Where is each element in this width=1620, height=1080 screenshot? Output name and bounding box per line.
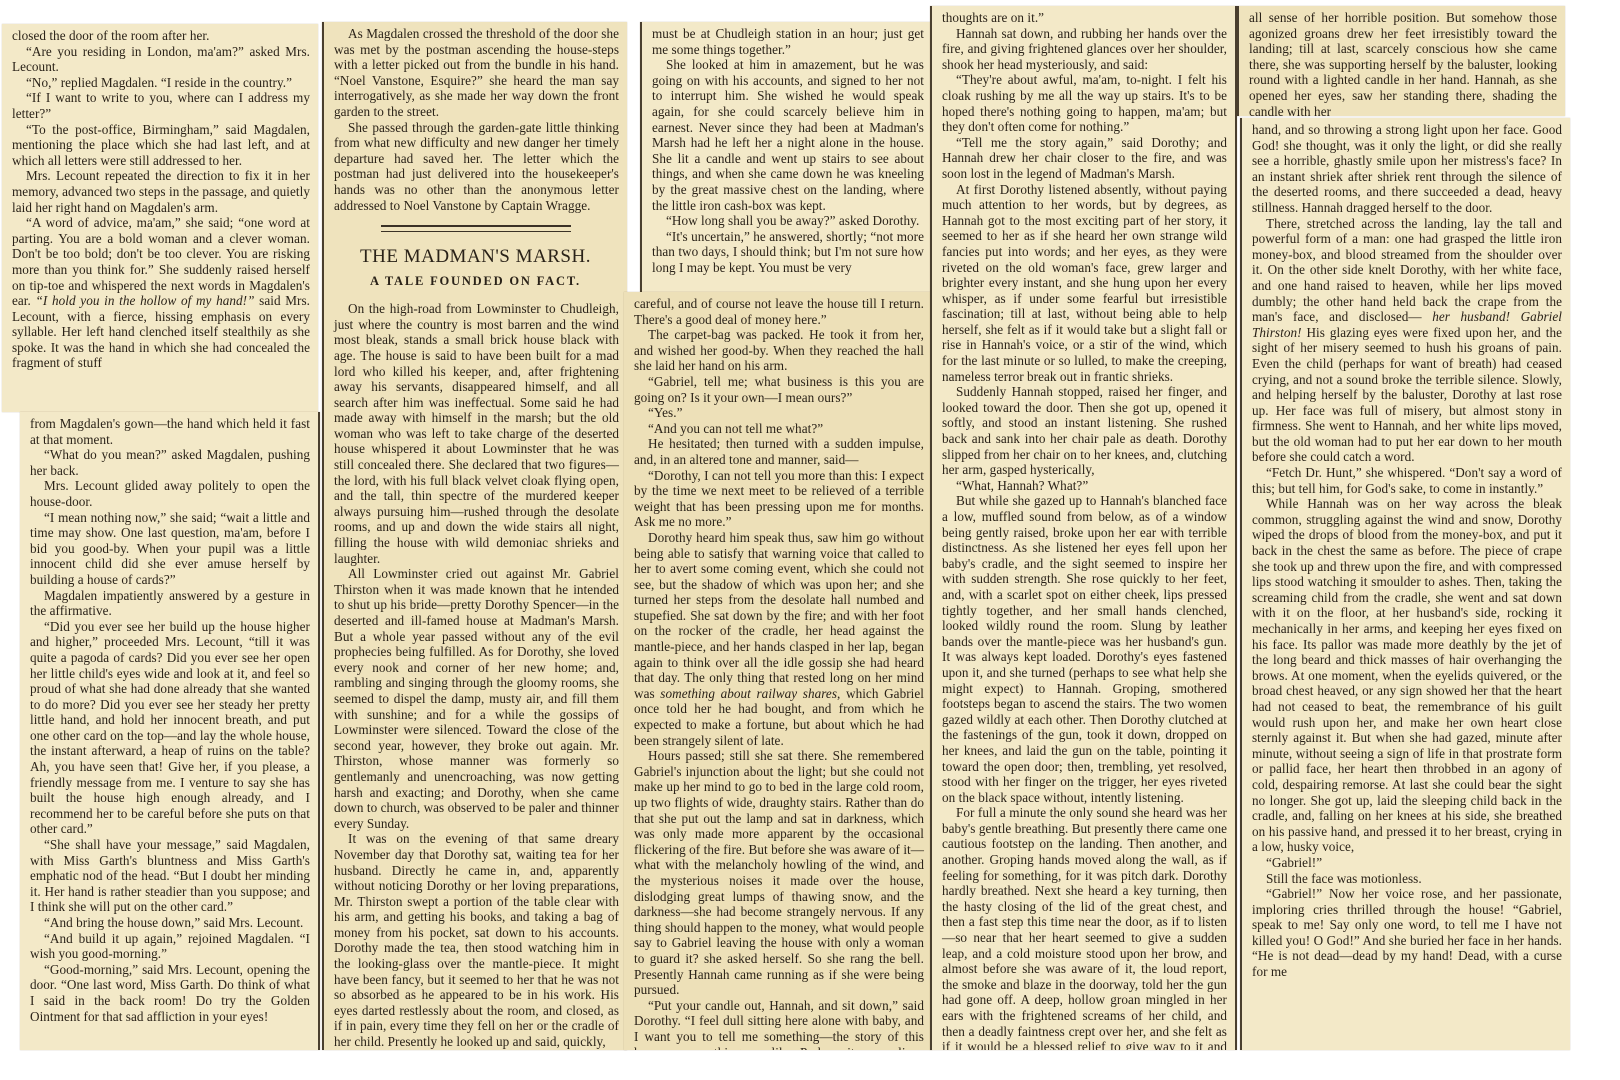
paragraph: He hesitated; then turned with a sudden … — [634, 436, 924, 467]
paragraph: “And build it up again,” rejoined Magdal… — [30, 931, 310, 962]
clipping-col1-bottom: from Magdalen's gown—the hand which held… — [20, 412, 320, 1050]
clipping-col2: As Magdalen crossed the threshold of the… — [322, 22, 627, 1050]
clipping-col3-top: must be at Chudleigh station in an hour;… — [640, 22, 932, 294]
paragraph: Magdalen impatiently answered by a gestu… — [30, 588, 310, 619]
paragraph: “And you can not tell me what?” — [634, 421, 924, 437]
clipping-col1-top: closed the door of the room after her.“A… — [2, 24, 318, 412]
clipping-col6-bottom: hand, and so throwing a strong light upo… — [1240, 118, 1570, 1050]
paragraph: “How long shall you be away?” asked Doro… — [652, 213, 924, 229]
column-text: hand, and so throwing a strong light upo… — [1242, 118, 1570, 982]
paragraph: She passed through the garden-gate littl… — [334, 120, 619, 214]
paragraph: “Gabriel!” Now her voice rose, and her p… — [1252, 886, 1562, 980]
paragraph: “Yes.” — [634, 405, 924, 421]
paragraph: “They're about awful, ma'am, to-night. I… — [942, 72, 1227, 134]
paragraph: Still the face was motionless. — [1252, 871, 1562, 887]
story-title: THE MADMAN'S MARSH. — [324, 246, 627, 268]
story-subtitle: A TALE FOUNDED ON FACT. — [324, 274, 627, 289]
paragraph: As Magdalen crossed the threshold of the… — [334, 26, 619, 120]
paragraph: Dorothy heard him speak thus, saw him go… — [634, 530, 924, 748]
clipping-col4: thoughts are on it.”Hannah sat down, and… — [930, 6, 1237, 1050]
paragraph: “Tell me the story again,” said Dorothy;… — [942, 135, 1227, 182]
paragraph: all sense of her horrible position. But … — [1249, 10, 1557, 116]
paragraph: Suddenly Hannah stopped, raised her fing… — [942, 384, 1227, 478]
paragraph: At first Dorothy listened absently, with… — [942, 182, 1227, 385]
paragraph: “Did you ever see her build up the house… — [30, 619, 310, 837]
paragraph: All Lowminster cried out against Mr. Gab… — [334, 566, 619, 831]
paragraph: “I mean nothing now,” she said; “wait a … — [30, 510, 310, 588]
paragraph: “If I want to write to you, where can I … — [12, 90, 310, 121]
paragraph: “What, Hannah? What?” — [942, 478, 1227, 494]
story-heading: THE MADMAN'S MARSH. A TALE FOUNDED ON FA… — [324, 225, 627, 289]
paragraph: Hours passed; still she sat there. She r… — [634, 748, 924, 998]
title-divider — [381, 225, 571, 232]
column-text: careful, and of course not leave the hou… — [624, 292, 932, 1050]
column-text: all sense of her horrible position. But … — [1239, 6, 1565, 116]
paragraph: “And bring the house down,” said Mrs. Le… — [30, 915, 310, 931]
paragraph: Hannah sat down, and rubbing her hands o… — [942, 26, 1227, 73]
paragraph: “It's uncertain,” he answered, shortly; … — [652, 229, 924, 276]
paragraph: “Good-morning,” said Mrs. Lecount, openi… — [30, 962, 310, 1024]
column-text: from Magdalen's gown—the hand which held… — [20, 412, 318, 1026]
paragraph: “Fetch Dr. Hunt,” she whispered. “Don't … — [1252, 465, 1562, 496]
italic-emphasis: “I hold you in the hollow of my hand!” — [36, 293, 255, 308]
column-text: closed the door of the room after her.“A… — [2, 24, 318, 373]
paragraph: Mrs. Lecount glided away politely to ope… — [30, 478, 310, 509]
clipping-col3-bottom: careful, and of course not leave the hou… — [624, 292, 932, 1050]
paragraph: must be at Chudleigh station in an hour;… — [652, 26, 924, 57]
paragraph: “What do you mean?” asked Magdalen, push… — [30, 447, 310, 478]
paragraph: For full a minute the only sound she hea… — [942, 805, 1227, 1050]
paragraph: “Gabriel, tell me; what business is this… — [634, 374, 924, 405]
paragraph: “No,” replied Magdalen. “I reside in the… — [12, 75, 310, 91]
paragraph: On the high-road from Lowminster to Chud… — [334, 301, 619, 566]
paragraph: “She shall have your message,” said Magd… — [30, 837, 310, 915]
column-text: On the high-road from Lowminster to Chud… — [324, 297, 627, 1050]
paragraph: careful, and of course not leave the hou… — [634, 296, 924, 327]
paragraph: Mrs. Lecount repeated the direction to f… — [12, 168, 310, 215]
paragraph: “Dorothy, I can not tell you more than t… — [634, 468, 924, 530]
italic-emphasis: her husband! Gabriel Thirston! — [1252, 309, 1562, 340]
paragraph: “Put your candle out, Hannah, and sit do… — [634, 998, 924, 1050]
paragraph: “Gabriel!” — [1252, 855, 1562, 871]
paragraph: The carpet-bag was packed. He took it fr… — [634, 327, 924, 374]
column-text: thoughts are on it.”Hannah sat down, and… — [932, 6, 1235, 1050]
paragraph: from Magdalen's gown—the hand which held… — [30, 416, 310, 447]
paragraph: closed the door of the room after her. — [12, 28, 310, 44]
italic-emphasis: something about railway shares — [660, 686, 837, 701]
paragraph: “To the post-office, Birmingham,” said M… — [12, 122, 310, 169]
paragraph: While Hannah was on her way across the b… — [1252, 496, 1562, 855]
paragraph: But while she gazed up to Hannah's blanc… — [942, 493, 1227, 805]
paragraph: “A word of advice, ma'am,” she said; “on… — [12, 215, 310, 371]
paragraph: thoughts are on it.” — [942, 10, 1227, 26]
column-text: As Magdalen crossed the threshold of the… — [324, 22, 627, 215]
column-text: must be at Chudleigh station in an hour;… — [642, 22, 932, 278]
paragraph: hand, and so throwing a strong light upo… — [1252, 122, 1562, 216]
paragraph: She looked at him in amazement, but he w… — [652, 57, 924, 213]
clipping-col6-top: all sense of her horrible position. But … — [1237, 6, 1565, 116]
paragraph: It was on the evening of that same drear… — [334, 831, 619, 1049]
paragraph: “Are you residing in London, ma'am?” ask… — [12, 44, 310, 75]
paragraph: There, stretched across the landing, lay… — [1252, 216, 1562, 466]
